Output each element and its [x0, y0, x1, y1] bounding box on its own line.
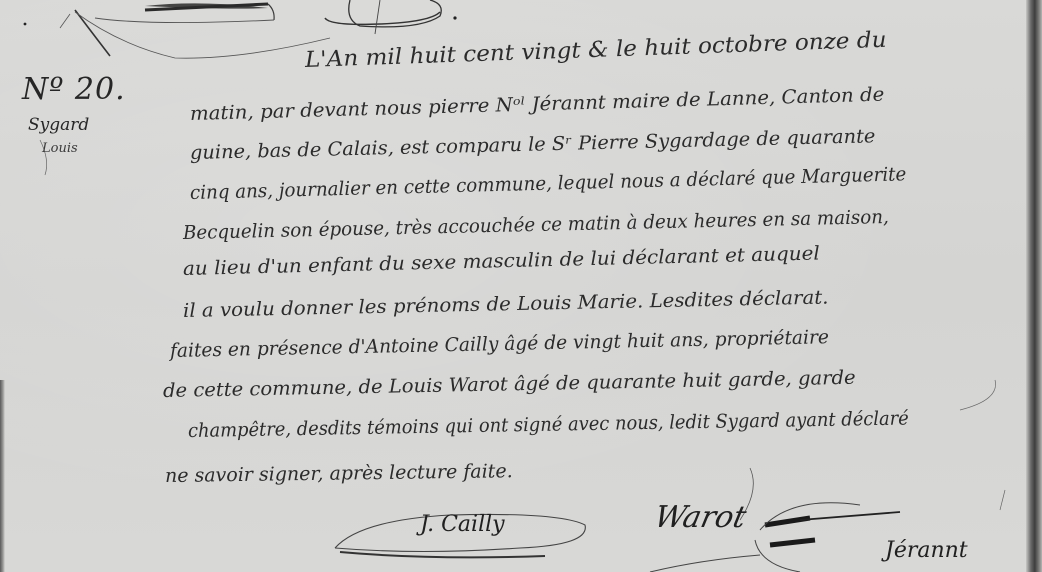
body-line-3: guine, bas de Calais, est comparu le Sʳ …: [190, 125, 876, 164]
page-binding-shadow: [1026, 0, 1042, 572]
register-page: Nº 20. Sygard Louis L'An mil huit cent v…: [0, 0, 1042, 572]
body-line-10: champêtre, desdits témoins qui ont signé…: [188, 407, 909, 442]
body-line-6: au lieu d'un enfant du sexe masculin de …: [183, 242, 820, 280]
ink-flourishes: [0, 0, 1042, 572]
body-line-5: Becquelin son épouse, très accouchée ce …: [183, 206, 889, 244]
body-line-11: ne savoir signer, après lecture faite.: [165, 460, 513, 487]
margin-annotation: Nº 20. Sygard Louis: [22, 72, 126, 156]
page-left-edge-shadow: [0, 380, 5, 572]
body-line-1: L'An mil huit cent vingt & le huit octob…: [305, 28, 887, 73]
signature-mayor: Jérannt: [885, 538, 968, 563]
body-line-2: matin, par devant nous pierre Nᵒˡ Jérann…: [190, 84, 885, 125]
entry-number: Nº 20.: [22, 72, 126, 107]
margin-given-name: Louis: [42, 141, 126, 156]
body-line-7: il a voulu donner les prénoms de Louis M…: [183, 286, 829, 322]
signature-cailly: J. Cailly: [420, 512, 505, 537]
margin-surname: Sygard: [28, 115, 126, 135]
body-line-8: faites en présence d'Antoine Cailly âgé …: [170, 326, 829, 362]
body-line-4: cinq ans, journalier en cette commune, l…: [190, 163, 907, 204]
signature-warot: Warot: [651, 500, 749, 535]
body-line-9: de cette commune, de Louis Warot âgé de …: [163, 367, 856, 402]
